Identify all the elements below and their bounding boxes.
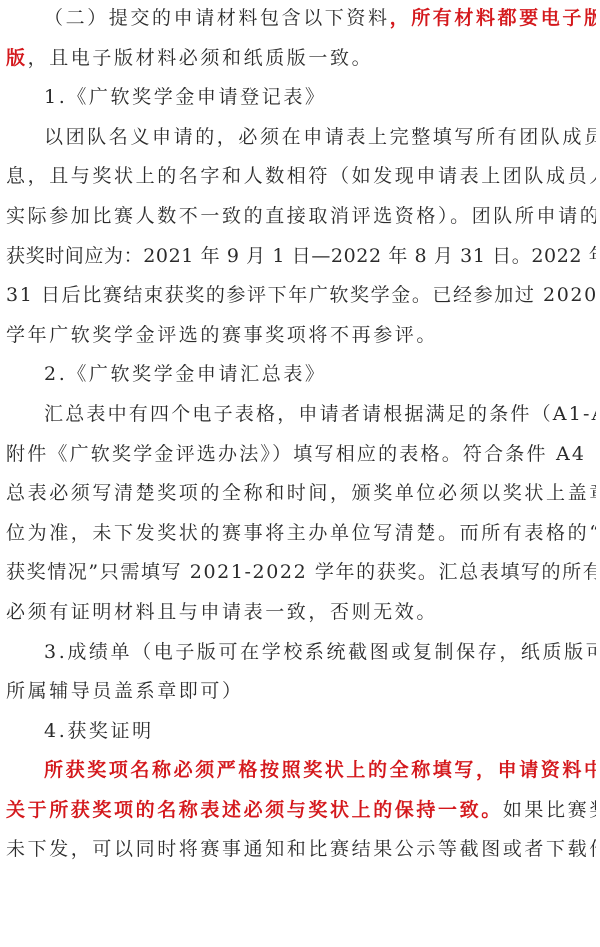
emphasis-text: ，所有材料都要电子版和纸质: [390, 7, 596, 29]
paragraph-line: 必须有证明材料且与申请表一致，否则无效。: [6, 594, 596, 634]
text-segment: 以团队名义申请的，必须在申请表上完整填写所有团队成员信: [44, 126, 596, 148]
paragraph-line: 学年广软奖学金评选的赛事奖项将不再参评。: [6, 317, 596, 357]
paragraph-line: 获奖时间应为：2021 年 9 月 1 日—2022 年 8 月 31 日。20…: [6, 238, 596, 278]
text-segment: 必须有证明材料且与申请表一致，否则无效。: [6, 601, 438, 623]
text-segment: 4.获奖证明: [44, 720, 154, 742]
text-segment: 获奖情况”只需填写 2021-2022 学年的获奖。汇总表填写的所有奖项: [6, 561, 596, 583]
text-segment: 附件《广软奖学金评选办法》）填写相应的表格。符合条件 A4 的汇: [6, 443, 596, 465]
section-two-heading-line: （二）提交的申请材料包含以下资料，所有材料都要电子版和纸质: [6, 0, 596, 40]
text-segment: 位为准，未下发奖状的赛事将主办单位写清楚。而所有表格的“其他: [6, 522, 596, 544]
text-segment: 2.《广软奖学金申请汇总表》: [44, 363, 327, 385]
item-1-heading: 1.《广软奖学金申请登记表》: [6, 79, 596, 119]
paragraph-line: 未下发，可以同时将赛事通知和比赛结果公示等截图或者下载作为证: [6, 831, 596, 871]
document-body: （二）提交的申请材料包含以下资料，所有材料都要电子版和纸质 版，且电子版材料必须…: [6, 0, 596, 871]
paragraph-line: 版，且电子版材料必须和纸质版一致。: [6, 40, 596, 80]
emphasis-text: 所获奖项名称必须严格按照奖状上的全称填写，申请资料中所有: [44, 759, 596, 781]
paragraph-line: 总表必须写清楚奖项的全称和时间，颁奖单位必须以奖状上盖章的单: [6, 475, 596, 515]
emphasis-text: 关于所获奖项的名称表述必须与奖状上的保持一致。: [6, 799, 503, 821]
text-segment: 息，且与奖状上的名字和人数相符（如发现申请表上团队成员人数和: [6, 165, 596, 187]
paragraph-line: 位为准，未下发奖状的赛事将主办单位写清楚。而所有表格的“其他: [6, 515, 596, 555]
text-segment: 31 日后比赛结束获奖的参评下年广软奖学金。已经参加过 2020-2021: [6, 284, 596, 306]
text-segment: 总表必须写清楚奖项的全称和时间，颁奖单位必须以奖状上盖章的单: [6, 482, 596, 504]
text-segment: 3.成绩单（电子版可在学校系统截图或复制保存，纸质版可交由: [44, 641, 596, 663]
text-segment: 未下发，可以同时将赛事通知和比赛结果公示等截图或者下载作为证: [6, 838, 596, 860]
text-segment: 如果比赛奖状还: [503, 799, 596, 821]
paragraph-line: 实际参加比赛人数不一致的直接取消评选资格）。团队所申请的比赛: [6, 198, 596, 238]
paragraph-line: 汇总表中有四个电子表格，申请者请根据满足的条件（A1-A4 见: [6, 396, 596, 436]
paragraph-line: 31 日后比赛结束获奖的参评下年广软奖学金。已经参加过 2020-2021: [6, 277, 596, 317]
paragraph-line: 关于所获奖项的名称表述必须与奖状上的保持一致。如果比赛奖状还: [6, 792, 596, 832]
paragraph-line: 附件《广软奖学金评选办法》）填写相应的表格。符合条件 A4 的汇: [6, 436, 596, 476]
emphasis-text: 版: [6, 47, 28, 69]
item-2-heading: 2.《广软奖学金申请汇总表》: [6, 356, 596, 396]
item-3-heading: 3.成绩单（电子版可在学校系统截图或复制保存，纸质版可交由: [6, 634, 596, 674]
text-segment: （二）提交的申请材料包含以下资料: [44, 7, 390, 29]
paragraph-line: 所获奖项名称必须严格按照奖状上的全称填写，申请资料中所有: [6, 752, 596, 792]
paragraph-line: 获奖情况”只需填写 2021-2022 学年的获奖。汇总表填写的所有奖项: [6, 554, 596, 594]
item-4-heading: 4.获奖证明: [6, 713, 596, 753]
paragraph-line: 息，且与奖状上的名字和人数相符（如发现申请表上团队成员人数和: [6, 158, 596, 198]
text-segment: 汇总表中有四个电子表格，申请者请根据满足的条件（A1-A4 见: [44, 403, 596, 425]
paragraph-line: 以团队名义申请的，必须在申请表上完整填写所有团队成员信: [6, 119, 596, 159]
text-segment: 获奖时间应为：2021 年 9 月 1 日—2022 年 8 月 31 日。20…: [6, 245, 596, 267]
text-segment: 1.《广软奖学金申请登记表》: [44, 86, 327, 108]
text-segment: ，且电子版材料必须和纸质版一致。: [28, 47, 374, 69]
paragraph-line: 所属辅导员盖系章即可）: [6, 673, 596, 713]
text-segment: 所属辅导员盖系章即可）: [6, 680, 244, 702]
text-segment: 实际参加比赛人数不一致的直接取消评选资格）。团队所申请的比赛: [6, 205, 596, 227]
text-segment: 学年广软奖学金评选的赛事奖项将不再参评。: [6, 324, 438, 346]
